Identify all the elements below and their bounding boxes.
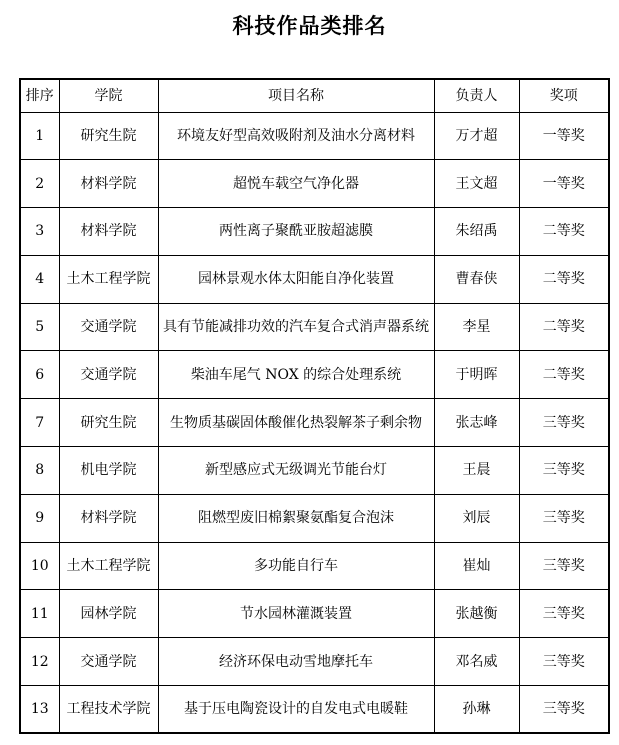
page-title: 科技作品类排名 bbox=[0, 14, 619, 39]
cell-rank: 4 bbox=[20, 255, 59, 303]
cell-college: 交通学院 bbox=[59, 303, 158, 351]
cell-college: 交通学院 bbox=[59, 638, 158, 686]
cell-leader: 王晨 bbox=[434, 447, 519, 495]
table-row: 8机电学院新型感应式无级调光节能台灯王晨三等奖 bbox=[20, 447, 609, 495]
cell-leader: 于明晖 bbox=[434, 351, 519, 399]
cell-college: 园林学院 bbox=[59, 590, 158, 638]
cell-rank: 10 bbox=[20, 542, 59, 590]
column-header-rank: 排序 bbox=[20, 79, 59, 112]
cell-rank: 11 bbox=[20, 590, 59, 638]
cell-leader: 张越衡 bbox=[434, 590, 519, 638]
cell-project: 节水园林灌溉装置 bbox=[158, 590, 434, 638]
cell-award: 二等奖 bbox=[519, 208, 609, 256]
table-row: 10土木工程学院多功能自行车崔灿三等奖 bbox=[20, 542, 609, 590]
cell-leader: 万才超 bbox=[434, 112, 519, 160]
table-row: 4土木工程学院园林景观水体太阳能自净化装置曹春侠二等奖 bbox=[20, 255, 609, 303]
cell-leader: 曹春侠 bbox=[434, 255, 519, 303]
column-header-leader: 负责人 bbox=[434, 79, 519, 112]
cell-project: 环境友好型高效吸附剂及油水分离材料 bbox=[158, 112, 434, 160]
cell-project: 多功能自行车 bbox=[158, 542, 434, 590]
cell-college: 机电学院 bbox=[59, 447, 158, 495]
cell-award: 三等奖 bbox=[519, 542, 609, 590]
cell-leader: 刘辰 bbox=[434, 494, 519, 542]
cell-college: 研究生院 bbox=[59, 399, 158, 447]
table-row: 1研究生院环境友好型高效吸附剂及油水分离材料万才超一等奖 bbox=[20, 112, 609, 160]
cell-rank: 3 bbox=[20, 208, 59, 256]
cell-rank: 9 bbox=[20, 494, 59, 542]
table-head: 排序学院项目名称负责人奖项 bbox=[20, 79, 609, 112]
cell-project: 生物质基碳固体酸催化热裂解茶子剩余物 bbox=[158, 399, 434, 447]
cell-leader: 张志峰 bbox=[434, 399, 519, 447]
table-body: 1研究生院环境友好型高效吸附剂及油水分离材料万才超一等奖2材料学院超悦车载空气净… bbox=[20, 112, 609, 733]
cell-rank: 1 bbox=[20, 112, 59, 160]
cell-project: 阻燃型废旧棉絮聚氨酯复合泡沫 bbox=[158, 494, 434, 542]
cell-leader: 李星 bbox=[434, 303, 519, 351]
table-row: 6交通学院柴油车尾气 NOX 的综合处理系统于明晖二等奖 bbox=[20, 351, 609, 399]
column-header-project: 项目名称 bbox=[158, 79, 434, 112]
table-row: 11园林学院节水园林灌溉装置张越衡三等奖 bbox=[20, 590, 609, 638]
cell-rank: 2 bbox=[20, 160, 59, 208]
cell-award: 二等奖 bbox=[519, 255, 609, 303]
cell-project: 新型感应式无级调光节能台灯 bbox=[158, 447, 434, 495]
cell-college: 土木工程学院 bbox=[59, 542, 158, 590]
cell-leader: 崔灿 bbox=[434, 542, 519, 590]
cell-college: 材料学院 bbox=[59, 494, 158, 542]
cell-leader: 孙琳 bbox=[434, 686, 519, 734]
cell-award: 三等奖 bbox=[519, 447, 609, 495]
cell-project: 柴油车尾气 NOX 的综合处理系统 bbox=[158, 351, 434, 399]
table-row: 7研究生院生物质基碳固体酸催化热裂解茶子剩余物张志峰三等奖 bbox=[20, 399, 609, 447]
cell-project: 两性离子聚酰亚胺超滤膜 bbox=[158, 208, 434, 256]
cell-award: 一等奖 bbox=[519, 112, 609, 160]
cell-award: 一等奖 bbox=[519, 160, 609, 208]
table-header-row: 排序学院项目名称负责人奖项 bbox=[20, 79, 609, 112]
cell-college: 土木工程学院 bbox=[59, 255, 158, 303]
cell-project: 具有节能减排功效的汽车复合式消声器系统 bbox=[158, 303, 434, 351]
cell-leader: 王文超 bbox=[434, 160, 519, 208]
cell-rank: 5 bbox=[20, 303, 59, 351]
table-row: 13工程技术学院基于压电陶瓷设计的自发电式电暖鞋孙琳三等奖 bbox=[20, 686, 609, 734]
cell-college: 材料学院 bbox=[59, 208, 158, 256]
table-row: 3材料学院两性离子聚酰亚胺超滤膜朱绍禹二等奖 bbox=[20, 208, 609, 256]
table-row: 12交通学院经济环保电动雪地摩托车邓名威三等奖 bbox=[20, 638, 609, 686]
cell-rank: 7 bbox=[20, 399, 59, 447]
cell-project: 园林景观水体太阳能自净化装置 bbox=[158, 255, 434, 303]
cell-college: 交通学院 bbox=[59, 351, 158, 399]
cell-award: 二等奖 bbox=[519, 351, 609, 399]
cell-project: 经济环保电动雪地摩托车 bbox=[158, 638, 434, 686]
document-page: 科技作品类排名 排序学院项目名称负责人奖项 1研究生院环境友好型高效吸附剂及油水… bbox=[0, 0, 619, 745]
cell-award: 三等奖 bbox=[519, 590, 609, 638]
cell-award: 三等奖 bbox=[519, 638, 609, 686]
cell-rank: 13 bbox=[20, 686, 59, 734]
column-header-college: 学院 bbox=[59, 79, 158, 112]
cell-award: 三等奖 bbox=[519, 399, 609, 447]
table-row: 5交通学院具有节能减排功效的汽车复合式消声器系统李星二等奖 bbox=[20, 303, 609, 351]
cell-award: 二等奖 bbox=[519, 303, 609, 351]
cell-project: 基于压电陶瓷设计的自发电式电暖鞋 bbox=[158, 686, 434, 734]
cell-project: 超悦车载空气净化器 bbox=[158, 160, 434, 208]
cell-rank: 8 bbox=[20, 447, 59, 495]
table-row: 2材料学院超悦车载空气净化器王文超一等奖 bbox=[20, 160, 609, 208]
cell-leader: 邓名威 bbox=[434, 638, 519, 686]
cell-college: 材料学院 bbox=[59, 160, 158, 208]
cell-college: 工程技术学院 bbox=[59, 686, 158, 734]
cell-award: 三等奖 bbox=[519, 494, 609, 542]
table-row: 9材料学院阻燃型废旧棉絮聚氨酯复合泡沫刘辰三等奖 bbox=[20, 494, 609, 542]
cell-college: 研究生院 bbox=[59, 112, 158, 160]
column-header-award: 奖项 bbox=[519, 79, 609, 112]
cell-rank: 6 bbox=[20, 351, 59, 399]
cell-award: 三等奖 bbox=[519, 686, 609, 734]
cell-leader: 朱绍禹 bbox=[434, 208, 519, 256]
ranking-table: 排序学院项目名称负责人奖项 1研究生院环境友好型高效吸附剂及油水分离材料万才超一… bbox=[19, 78, 610, 734]
cell-rank: 12 bbox=[20, 638, 59, 686]
